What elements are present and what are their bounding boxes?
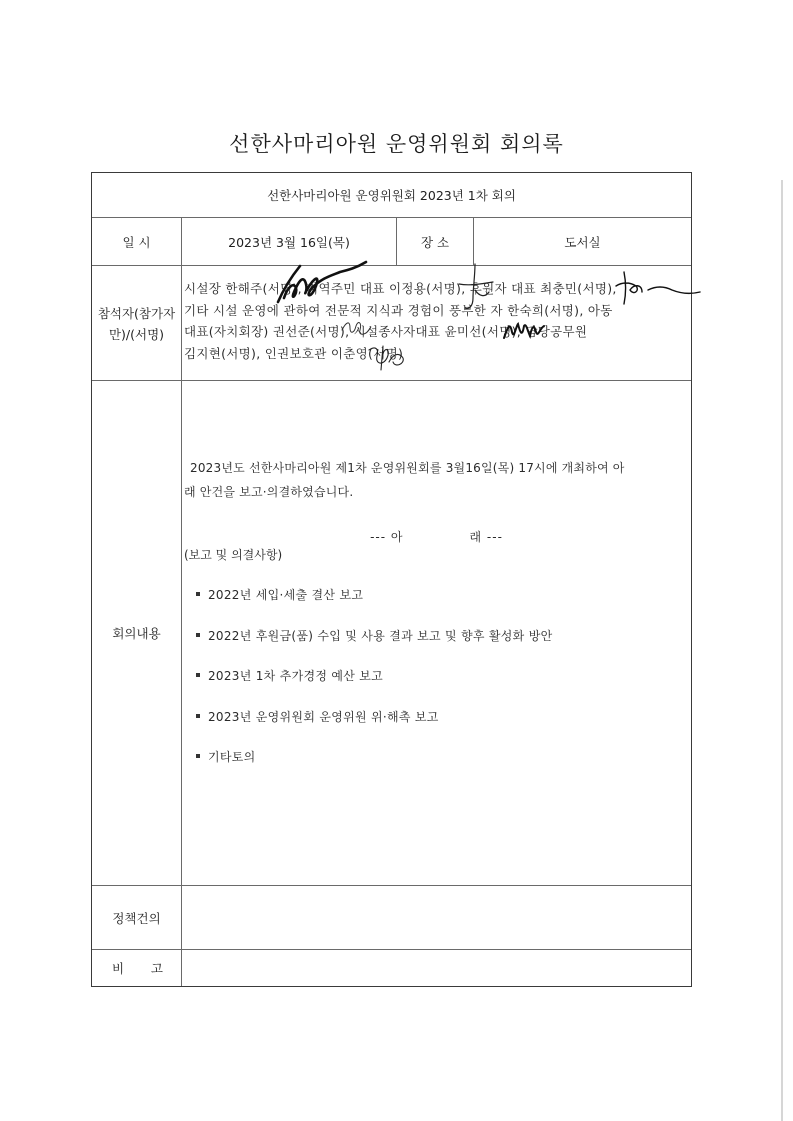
date-label: 일 시 xyxy=(92,218,182,265)
date-place-row: 일 시 2023년 3월 16일(목) 장 소 도서실 xyxy=(92,218,691,266)
agenda-item-text: 2022년 세입·세출 결산 보고 xyxy=(208,586,363,603)
agenda-item-text: 2022년 후원금(품) 수입 및 사용 결과 보고 및 향후 활성화 방안 xyxy=(208,627,552,644)
attendees-line: 시설장 한해주(서명), 지역주민 대표 이정용(서명), 후원자 대표 최충민… xyxy=(184,278,687,300)
date-value: 2023년 3월 16일(목) xyxy=(182,218,397,265)
notice-left: --- 아 xyxy=(370,530,403,544)
content-label-text: 회의내용 xyxy=(112,624,160,642)
date-label-text: 일 시 xyxy=(122,233,150,251)
agenda-subheading: (보고 및 의결사항) xyxy=(184,546,282,563)
meeting-name: 선한사마리아원 운영위원회 2023년 1차 회의 xyxy=(92,173,691,217)
meeting-content-row: 회의내용 2023년도 선한사마리아원 제1차 운영위원회를 3월16일(목) … xyxy=(92,381,691,886)
policy-label: 정책건의 xyxy=(92,886,182,949)
notice-divider: --- 아래 --- xyxy=(182,528,691,545)
policy-label-text: 정책건의 xyxy=(112,909,160,927)
agenda-item: 2023년 1차 추가경정 예산 보고 xyxy=(194,667,552,708)
remarks-label-left: 비 xyxy=(112,959,124,977)
minutes-table: 선한사마리아원 운영위원회 2023년 1차 회의 일 시 2023년 3월 1… xyxy=(91,172,692,987)
agenda-item-text: 2023년 운영위원회 운영위원 위·해촉 보고 xyxy=(208,708,439,725)
content-intro: 2023년도 선한사마리아원 제1차 운영위원회를 3월16일(목) 17시에 … xyxy=(184,456,685,504)
place-value: 도서실 xyxy=(474,218,691,265)
policy-value xyxy=(182,886,691,949)
attendees-label: 참석자(참가자 만)/(서명) xyxy=(92,266,182,380)
document-title: 선한사마리아원 운영위원회 회의록 xyxy=(0,128,793,158)
bullet-icon xyxy=(196,754,200,758)
remarks-value xyxy=(182,950,691,986)
attendees-label-line1: 참석자(참가자 xyxy=(98,303,175,324)
remarks-label-right: 고 xyxy=(151,959,163,977)
date-value-text: 2023년 3월 16일(목) xyxy=(228,233,350,251)
bullet-icon xyxy=(196,633,200,637)
agenda-item-text: 2023년 1차 추가경정 예산 보고 xyxy=(208,667,383,684)
remarks-row: 비 고 xyxy=(92,950,691,986)
agenda-item: 2023년 운영위원회 운영위원 위·해촉 보고 xyxy=(194,708,552,749)
attendees-list: 시설장 한해주(서명), 지역주민 대표 이정용(서명), 후원자 대표 최충민… xyxy=(184,278,687,364)
attendees-line: 기타 시설 운영에 관하여 전문적 지식과 경험이 풍부한 자 한숙희(서명),… xyxy=(184,300,687,322)
meeting-header-row: 선한사마리아원 운영위원회 2023년 1차 회의 xyxy=(92,173,691,218)
content-label: 회의내용 xyxy=(92,381,182,885)
attendees-line: 김지현(서명), 인권보호관 이춘영(서명) xyxy=(184,343,687,365)
place-label-text: 장 소 xyxy=(421,233,449,251)
policy-row: 정책건의 xyxy=(92,886,691,950)
bullet-icon xyxy=(196,714,200,718)
remarks-label: 비 고 xyxy=(92,950,182,986)
agenda-item: 2022년 세입·세출 결산 보고 xyxy=(194,586,552,627)
agenda-item: 기타토의 xyxy=(194,748,552,789)
place-value-text: 도서실 xyxy=(564,233,600,251)
notice-right: 래 --- xyxy=(470,530,503,544)
bullet-icon xyxy=(196,592,200,596)
agenda-item-text: 기타토의 xyxy=(208,748,256,765)
place-label: 장 소 xyxy=(397,218,474,265)
attendees-label-line2: 만)/(서명) xyxy=(109,324,164,345)
intro-line: 2023년도 선한사마리아원 제1차 운영위원회를 3월16일(목) 17시에 … xyxy=(184,456,685,480)
attendees-line: 대표(자치회장) 권선준(서명), 시설종사자대표 윤미선(서명), 담당공무원 xyxy=(184,321,687,343)
meeting-content: 2023년도 선한사마리아원 제1차 운영위원회를 3월16일(목) 17시에 … xyxy=(182,381,691,885)
intro-line: 래 안건을 보고·의결하였습니다. xyxy=(184,480,685,504)
attendees-row: 참석자(참가자 만)/(서명) 시설장 한해주(서명), 지역주민 대표 이정용… xyxy=(92,266,691,381)
bullet-icon xyxy=(196,673,200,677)
agenda-item: 2022년 후원금(품) 수입 및 사용 결과 보고 및 향후 활성화 방안 xyxy=(194,627,552,668)
scan-edge-line xyxy=(781,180,783,1121)
agenda-list: 2022년 세입·세출 결산 보고 2022년 후원금(품) 수입 및 사용 결… xyxy=(194,586,552,789)
